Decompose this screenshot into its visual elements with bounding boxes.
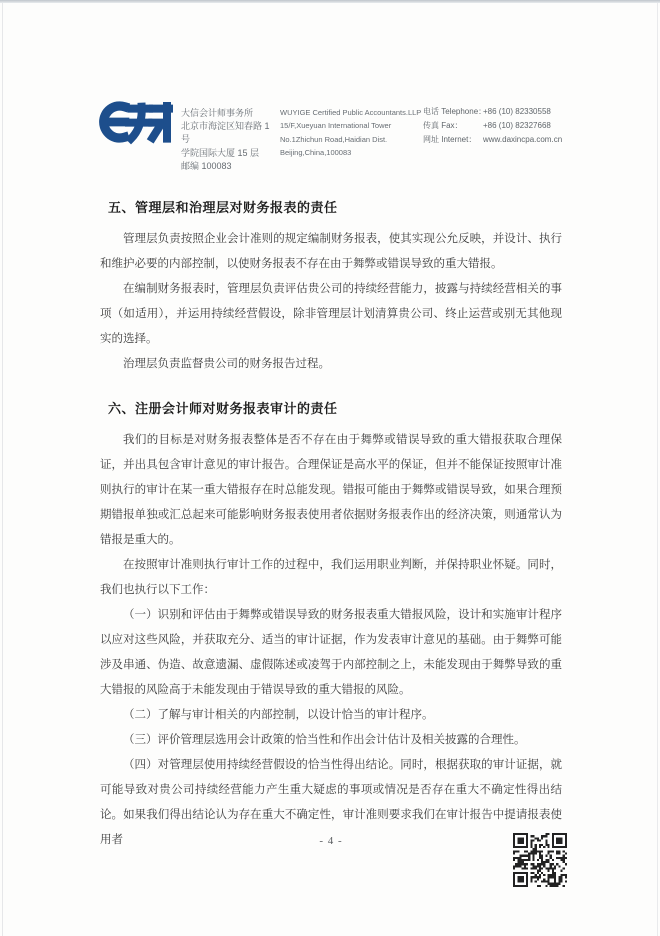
section-auditor-responsibility: 六、注册会计师对财务报表审计的责任 我们的目标是对财务报表整体是否不存在由于舞弊… [100,398,562,853]
website-value: www.daxincpa.com.cn [483,133,562,147]
scan-edge-top [0,0,660,3]
daxin-logo-icon [97,96,177,148]
scanned-document-page: 大信会计师事务所 北京市海淀区知春路 1 号 学院国际大厦 15 层 邮编 10… [0,0,660,936]
scan-edge-left [2,3,3,936]
list-item-paragraph: （一）识别和评估由于舞弊或错误导致的财务报表重大错报风险，设计和实施审计程序以应… [100,603,562,703]
website-row: 网址 Internet： www.daxincpa.com.cn [423,133,583,147]
qr-code-icon [513,833,567,887]
section-heading: 五、管理层和治理层对财务报表的责任 [100,197,562,216]
list-item-paragraph: （二）了解与审计相关的内部控制，以设计恰当的审计程序。 [100,703,562,728]
fax-label: 传真 Fax： [423,119,483,133]
document-body: 五、管理层和治理层对财务报表的责任 管理层负责按照企业会计准则的规定编制财务报表… [100,197,562,853]
fax-row: 传真 Fax： +86 (10) 82327668 [423,119,583,133]
telephone-label: 电话 Telephone： [423,105,483,119]
firm-name-cn: 大信会计师事务所 [181,107,280,120]
daxin-logo [97,96,177,150]
paragraph: 在编制财务报表时，管理层负责评估贵公司的持续经营能力，披露与持续经营相关的事项（… [100,277,562,352]
firm-name-en: WUYIGE Certified Public Accountants.LLP [280,106,423,119]
paragraph: 在按照审计准则执行审计工作的过程中，我们运用职业判断，并保持职业怀疑。同时，我们… [100,553,562,603]
address-chinese: 大信会计师事务所 北京市海淀区知春路 1 号 学院国际大厦 15 层 邮编 10… [181,96,280,173]
list-item-paragraph: （三）评价管理层选用会计政策的恰当性和作出会计估计及相关披露的合理性。 [100,728,562,753]
telephone-value: +86 (10) 82330558 [483,105,551,119]
scan-edge-right [657,3,658,936]
fax-value: +86 (10) 82327668 [483,119,551,133]
section-heading: 六、注册会计师对财务报表审计的责任 [100,398,562,417]
page-number: - 4 - [100,835,562,847]
contact-block: 电话 Telephone： +86 (10) 82330558 传真 Fax： … [423,96,583,173]
address-en-line: No.1Zhichun Road,Haidian Dist. [280,133,423,146]
section-management-responsibility: 五、管理层和治理层对财务报表的责任 管理层负责按照企业会计准则的规定编制财务报表… [100,197,562,377]
paragraph: 管理层负责按照企业会计准则的规定编制财务报表，使其实现公允反映，并设计、执行和维… [100,227,562,277]
postcode-cn: 邮编 100083 [181,160,280,173]
paragraph: 治理层负责监督贵公司的财务报告过程。 [100,352,562,377]
address-cn-line: 学院国际大厦 15 层 [181,147,280,160]
paragraph: 我们的目标是对财务报表整体是否不存在由于舞弊或错误导致的重大错报获取合理保证，并… [100,428,562,553]
address-en-line: 15/F,Xueyuan International Tower [280,119,423,132]
telephone-row: 电话 Telephone： +86 (10) 82330558 [423,105,583,119]
address-cn-line: 北京市海淀区知春路 1 号 [181,120,280,146]
letterhead: 大信会计师事务所 北京市海淀区知春路 1 号 学院国际大厦 15 层 邮编 10… [97,96,583,173]
address-en-line: Beijing,China,100083 [280,146,423,159]
website-label: 网址 Internet： [423,133,483,147]
address-english: WUYIGE Certified Public Accountants.LLP … [280,96,423,173]
